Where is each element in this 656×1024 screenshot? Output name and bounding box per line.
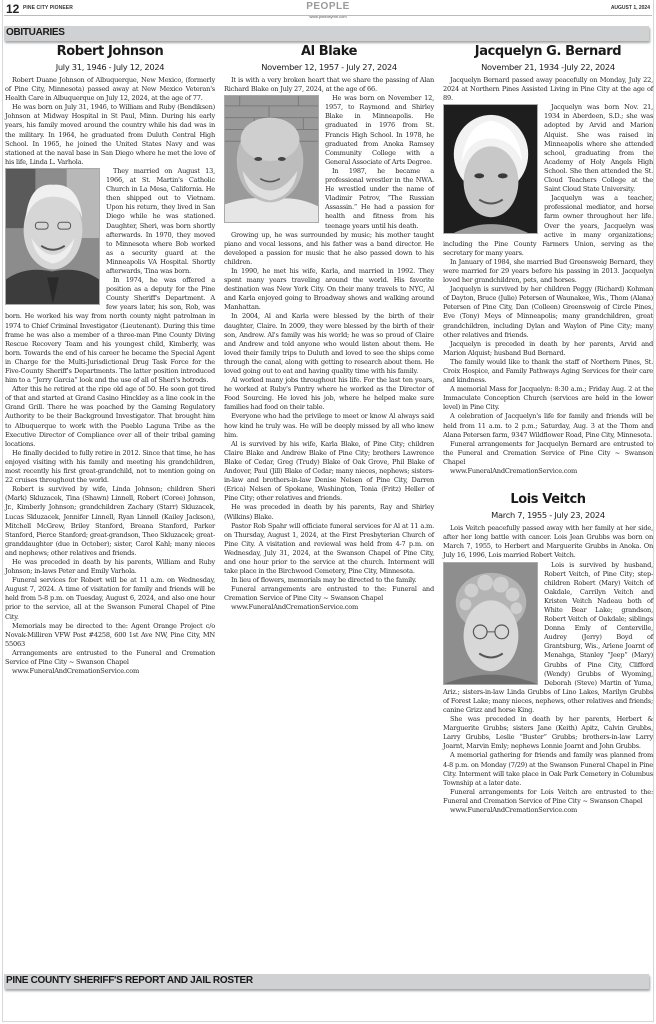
- issue-date: AUGUST 1, 2024: [611, 5, 650, 11]
- portrait-photo: [443, 104, 538, 234]
- paragraph: Robert Duane Johnson of Albuquerque, New…: [5, 76, 215, 103]
- obituary-dates: March 7, 1955 - July 23, 2024: [443, 510, 653, 521]
- sheriff-report-section-bar: PINE COUNTY SHERIFF'S REPORT AND JAIL RO…: [4, 974, 649, 989]
- obituary-name: Robert Johnson: [5, 44, 215, 59]
- portrait-photo: [443, 562, 538, 685]
- obituary-name: Lois Veitch: [443, 492, 653, 507]
- paragraph: In 2004, Al and Karla were blessed by th…: [224, 312, 434, 376]
- paragraph: Lois Veitch peacefully passed away with …: [443, 524, 653, 560]
- paragraph: Al worked many jobs throughout his life.…: [224, 376, 434, 412]
- portrait-robert-johnson-icon: [6, 169, 99, 304]
- paragraph: Jacquelyn is survived by her children Pe…: [443, 285, 653, 340]
- portrait-photo: [5, 168, 100, 305]
- paragraph: Memorials may be directed to the: Agent …: [5, 622, 215, 649]
- funeral-home-link[interactable]: www.FuneralAndCremationService.com: [443, 806, 653, 815]
- paragraph: Growing up, he was surrounded by music; …: [224, 231, 434, 267]
- paragraph: In 1990, he met his wife, Karla, and mar…: [224, 267, 434, 312]
- portrait-photo: [224, 95, 319, 223]
- paragraph: Arrangements are entrusted to the Funera…: [5, 649, 215, 667]
- paragraph: In lieu of flowers, memorials may be dir…: [224, 576, 434, 585]
- right-column: Jacquelyn G. Bernard November 21, 1934 -…: [443, 44, 653, 815]
- paragraph: He was preceded in death by his parents,…: [5, 558, 215, 576]
- paragraph: Al is survived by his wife, Karla Blake,…: [224, 440, 434, 504]
- obituary-name: Al Blake: [224, 44, 434, 59]
- paragraph: The family would like to thank the staff…: [443, 358, 653, 385]
- funeral-home-link[interactable]: www.FuneralAndCremationService.com: [5, 667, 215, 676]
- obituary-jacquelyn-bernard: Jacquelyn G. Bernard November 21, 1934 -…: [443, 44, 653, 476]
- paragraph: Funeral services for Robert will be at 1…: [5, 576, 215, 621]
- obituary-body: Jacquelyn Bernard passed away peacefully…: [443, 76, 653, 476]
- paragraph: Funeral arrangements are entrusted to th…: [224, 585, 434, 603]
- masthead: 12 PINE CITY PIONEER PEOPLE www.pinecity…: [4, 2, 652, 20]
- portrait-al-blake-icon: [225, 96, 318, 222]
- paragraph: He was preceded in death by his parents,…: [224, 503, 434, 521]
- portrait-jacquelyn-bernard-icon: [444, 105, 537, 233]
- funeral-home-link[interactable]: www.FuneralAndCremationService.com: [443, 467, 653, 476]
- paragraph: Funeral arrangements for Jacquelyn Berna…: [443, 440, 653, 467]
- section-name: PEOPLE: [4, 1, 652, 12]
- paragraph: It is with a very broken heart that we s…: [224, 76, 434, 94]
- paragraph: Funeral arrangements for Lois Veitch are…: [443, 788, 653, 806]
- paragraph: Jacquelyn is preceded in death by her pa…: [443, 340, 653, 358]
- obituary-robert-johnson: Robert Johnson July 31, 1946 - July 12, …: [5, 44, 215, 676]
- obituary-name: Jacquelyn G. Bernard: [443, 44, 653, 59]
- paragraph: In January of 1984, she married Bud Gree…: [443, 258, 653, 285]
- paragraph: Everyone who had the privilege to meet o…: [224, 412, 434, 439]
- obituary-al-blake: Al Blake November 12, 1957 - July 27, 20…: [224, 44, 434, 613]
- paragraph: She was preceded in death by her parents…: [443, 715, 653, 751]
- obituary-body: Lois Veitch peacefully passed away with …: [443, 524, 653, 815]
- obituary-body: It is with a very broken heart that we s…: [224, 76, 434, 613]
- sheriff-report-heading: PINE COUNTY SHERIFF'S REPORT AND JAIL RO…: [6, 975, 253, 986]
- obituary-dates: November 21, 1934 -July 22, 2024: [443, 62, 653, 73]
- paragraph: A celebration of Jacquelyn's life for fa…: [443, 412, 653, 439]
- paragraph: Jacquelyn Bernard passed away peacefully…: [443, 76, 653, 103]
- portrait-lois-veitch-icon: [444, 563, 537, 684]
- obituaries-heading: OBITUARIES: [6, 27, 65, 38]
- masthead-rule: [4, 15, 652, 16]
- paragraph: Robert is survived by wife, Linda Johnso…: [5, 485, 215, 558]
- obituaries-section-bar: OBITUARIES: [4, 26, 649, 41]
- paragraph: He finally decided to fully retire in 20…: [5, 449, 215, 485]
- obituary-dates: July 31, 1946 - July 12, 2024: [5, 62, 215, 73]
- obituary-lois-veitch: Lois Veitch March 7, 1955 - July 23, 202…: [443, 492, 653, 815]
- funeral-home-link[interactable]: www.FuneralAndCremationService.com: [224, 603, 434, 612]
- paragraph: He was born on July 31, 1946, to William…: [5, 103, 215, 167]
- paragraph: A memorial Mass for Jacquelyn: 8:30 a.m.…: [443, 385, 653, 412]
- obituary-dates: November 12, 1957 - July 27, 2024: [224, 62, 434, 73]
- obituary-body: Robert Duane Johnson of Albuquerque, New…: [5, 76, 215, 676]
- paragraph: A memorial gathering for friends and fam…: [443, 751, 653, 787]
- paragraph: Pastor Rob Spahr will officiate funeral …: [224, 522, 434, 577]
- paragraph: After this he retired at the ripe old ag…: [5, 385, 215, 449]
